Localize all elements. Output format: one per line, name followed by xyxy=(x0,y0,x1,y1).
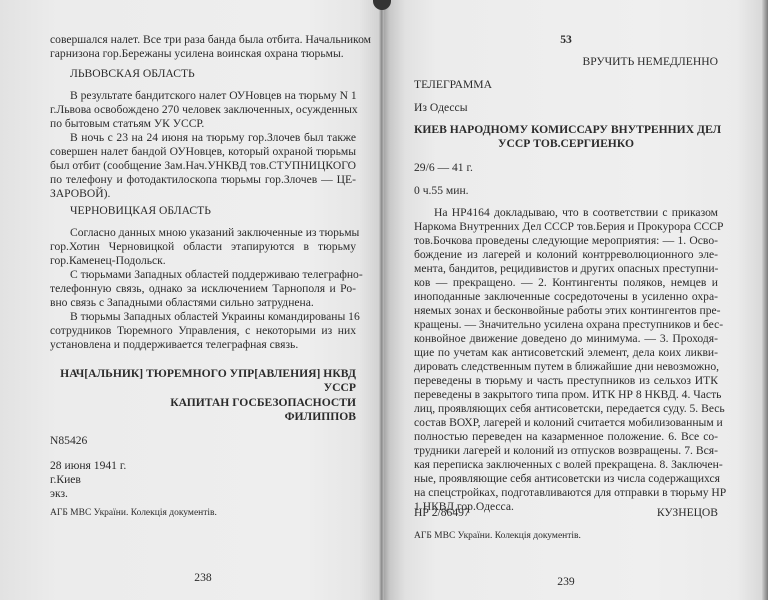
signature-name: ФИЛИППОВ xyxy=(50,410,356,424)
body-line: переведены в закрытого типа пром. ИТК НР… xyxy=(414,388,718,402)
body-line: ков — прекращено. — 2. Контингенты поляк… xyxy=(414,276,718,290)
body-line: телефонную связь, однако за исключением … xyxy=(50,282,356,296)
body-line: Согласно данных мною указаний заключенны… xyxy=(70,226,356,240)
body-line: г.Львова освобождено 270 человек заключе… xyxy=(50,103,356,117)
document-type: ТЕЛЕГРАММА xyxy=(414,78,492,92)
body-line: дировать следственным путем в ближайшие … xyxy=(414,360,718,374)
body-line: трудники лагерей и колоний из отпусков в… xyxy=(414,444,718,458)
body-line: гарнизона гор.Бережаны усилена воинская … xyxy=(50,47,344,61)
body-line: кращены. — Значительно усилена охрана пр… xyxy=(414,318,718,332)
body-line: В результате бандитского налет ОУНовцев … xyxy=(70,89,356,103)
book-spine xyxy=(379,0,384,600)
document-number: 53 xyxy=(414,33,718,47)
document-date: 28 июня 1941 г. xyxy=(50,459,126,473)
body-line: гор.Каменец-Подольск. xyxy=(50,254,166,268)
body-line: щие по учетам как антисоветский элемент,… xyxy=(414,346,718,360)
body-line: иноподанные заключенные сосредоточены в … xyxy=(414,290,718,304)
signature-title: УССР xyxy=(50,381,356,395)
body-line: состав ВОХР, лагерей и колоний считается… xyxy=(414,416,718,430)
body-line: гор.Хотин Черновицкой области этапируютс… xyxy=(50,240,356,254)
body-line: на спецстройках, подготавливаются для от… xyxy=(414,486,718,500)
document-number: N85426 xyxy=(50,434,87,448)
body-line: кая переписка заключенных с волей прекра… xyxy=(414,458,718,472)
body-line: полностью переведен на казарменное полож… xyxy=(414,430,718,444)
body-line: В тюрьмы Западных областей Украины коман… xyxy=(70,310,356,324)
copy-note: экз. xyxy=(50,487,68,501)
signature-rank: КАПИТАН ГОСБЕЗОПАСНОСТИ xyxy=(50,396,356,410)
section-heading: ЛЬВОВСКАЯ ОБЛАСТЬ xyxy=(70,67,195,81)
addressee: УССР ТОВ.СЕРГИЕНКО xyxy=(414,137,718,151)
body-line: Наркома Внутренних Дел СССР тов.Берия и … xyxy=(414,220,718,234)
body-line: В ночь с 23 на 24 июня на тюрьму гор.Зло… xyxy=(70,131,356,145)
section-heading: ЧЕРНОВИЦКАЯ ОБЛАСТЬ xyxy=(70,204,211,218)
body-line: бождение из лагерей и колоний контрревол… xyxy=(414,248,718,262)
origin: Из Одессы xyxy=(414,101,468,115)
archive-source: АГБ МВС України. Колекція документів. xyxy=(50,506,217,520)
body-line: совершался налет. Все три раза банда был… xyxy=(50,33,356,47)
telegram-time: 0 ч.55 мин. xyxy=(414,184,469,198)
archive-source: АГБ МВС України. Колекція документів. xyxy=(414,529,581,543)
body-line: лиц, проявляющих себя антисоветски, пере… xyxy=(414,402,718,416)
body-line: сотрудников Тюремного Управления, с неко… xyxy=(50,324,356,338)
left-page: совершался налет. Все три раза банда был… xyxy=(0,0,382,600)
body-line: установлена и поддерживается телеграфная… xyxy=(50,338,298,352)
body-line: С тюрьмами Западных областей поддерживаю… xyxy=(70,268,356,282)
body-line: тов.Бочкова проведены следующие мероприя… xyxy=(414,234,718,248)
urgency-mark: ВРУЧИТЬ НЕМЕДЛЕННО xyxy=(414,55,718,69)
body-line: мента, бандитов, рецидивистов и других о… xyxy=(414,262,718,276)
right-page: 53ВРУЧИТЬ НЕМЕДЛЕННОТЕЛЕГРАММАИз ОдессыК… xyxy=(382,0,768,600)
body-line: по бытовым статьям УК УССР. xyxy=(50,117,204,131)
page-edge xyxy=(762,0,768,600)
body-line: ЗАРОВОЙ). xyxy=(50,187,110,201)
body-line: был отбит (сообщение Зам.Нач.УНКВД тов.С… xyxy=(50,159,356,173)
body-line: На НР4164 докладываю, что в соответствии… xyxy=(434,206,718,220)
document-place: г.Киев xyxy=(50,473,81,487)
body-line: совершен налет бандой ОУНовцев, который … xyxy=(50,145,356,159)
body-line: конвойное движение доведено до минимума.… xyxy=(414,332,718,346)
addressee: КИЕВ НАРОДНОМУ КОМИССАРУ ВНУТРЕННИХ ДЕЛ xyxy=(414,123,718,137)
body-line: по телефону и фотодактилоскопа тюрьмы го… xyxy=(50,173,356,187)
telegram-date: 29/6 — 41 г. xyxy=(414,161,473,175)
signature-title: НАЧ[АЛЬНИК] ТЮРЕМНОГО УПР[АВЛЕНИЯ] НКВД xyxy=(50,367,356,381)
body-line: ные, проявляющие себя антисоветски из чи… xyxy=(414,472,718,486)
signer-name: КУЗНЕЦОВ xyxy=(414,506,718,520)
body-line: вно связь с Западными областями сильно з… xyxy=(50,296,314,310)
body-line: няемых зонах и бесконвойные работы этих … xyxy=(414,304,718,318)
page-number: 239 xyxy=(414,575,718,589)
page-number: 238 xyxy=(50,571,356,585)
body-line: переведены в тюрьму и часть преступников… xyxy=(414,374,718,388)
